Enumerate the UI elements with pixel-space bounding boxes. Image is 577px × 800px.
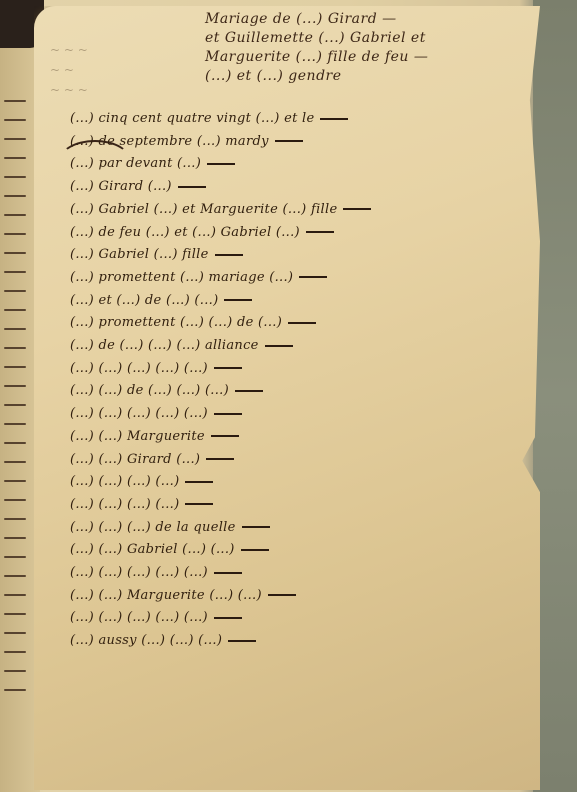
text-line: (...) Gabriel (...) fille <box>70 244 540 267</box>
text-line: (...) de septembre (...) mardy <box>70 131 540 154</box>
text-line: (...) aussy (...) (...) (...) <box>70 630 540 653</box>
text-line: (...) (...) de (...) (...) (...) <box>70 380 540 403</box>
text-line: (...) promettent (...) (...) de (...) <box>70 312 540 335</box>
text-line: (...) Girard (...) <box>70 176 540 199</box>
text-line: (...) (...) (...) (...) <box>70 471 540 494</box>
text-line: (...) (...) Girard (...) <box>70 449 540 472</box>
text-line: (...) (...) (...) de la quelle <box>70 517 540 540</box>
faded-marginal-notes: ~ ~ ~~ ~~ ~ ~ <box>50 40 200 100</box>
text-line: (...) de (...) (...) (...) alliance <box>70 335 540 358</box>
text-line: (...) Gabriel (...) et Marguerite (...) … <box>70 199 540 222</box>
text-line: (...) (...) (...) (...) (...) <box>70 562 540 585</box>
text-line: (...) (...) (...) (...) (...) <box>70 358 540 381</box>
heading-line: Marguerite (...) fille de feu — <box>205 48 535 67</box>
text-line: (...) et (...) de (...) (...) <box>70 290 540 313</box>
manuscript-photo: ~ ~ ~~ ~~ ~ ~ Mariage de (...) Girard — … <box>0 0 577 792</box>
manuscript-body: (...) cinq cent quatre vingt (...) et le… <box>70 108 540 653</box>
text-line: (...) par devant (...) <box>70 153 540 176</box>
heading-line: et Guillemette (...) Gabriel et <box>205 29 535 48</box>
text-line: (...) (...) (...) (...) (...) <box>70 607 540 630</box>
heading-line: Mariage de (...) Girard — <box>205 10 535 29</box>
text-line: (...) (...) Gabriel (...) (...) <box>70 539 540 562</box>
text-line: (...) (...) (...) (...) (...) <box>70 403 540 426</box>
text-line: (...) (...) Marguerite (...) (...) <box>70 585 540 608</box>
marginal-heading: Mariage de (...) Girard — et Guillemette… <box>205 10 535 86</box>
text-line: (...) (...) (...) (...) <box>70 494 540 517</box>
text-line: (...) promettent (...) mariage (...) <box>70 267 540 290</box>
text-line: (...) cinq cent quatre vingt (...) et le <box>70 108 540 131</box>
text-line: (...) (...) Marguerite <box>70 426 540 449</box>
text-line: (...) de feu (...) et (...) Gabriel (...… <box>70 222 540 245</box>
heading-line: (...) et (...) gendre <box>205 67 535 86</box>
